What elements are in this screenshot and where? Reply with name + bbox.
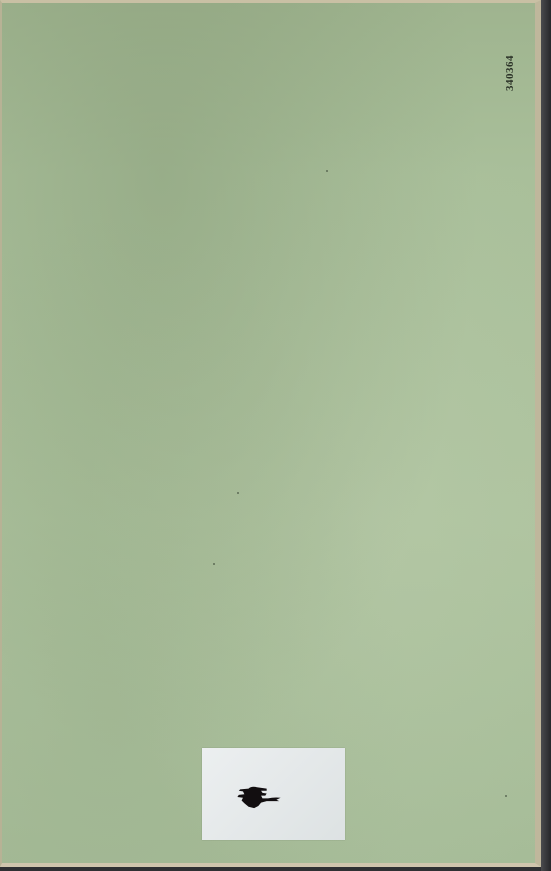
catalog-number: 340364 xyxy=(504,55,516,91)
speck xyxy=(505,795,507,797)
speck xyxy=(326,170,328,172)
book-back-cover xyxy=(0,0,541,867)
speck xyxy=(237,492,239,494)
speck xyxy=(213,563,215,565)
book-spine-shadow xyxy=(541,0,551,871)
ink-blot-icon xyxy=(236,779,282,815)
